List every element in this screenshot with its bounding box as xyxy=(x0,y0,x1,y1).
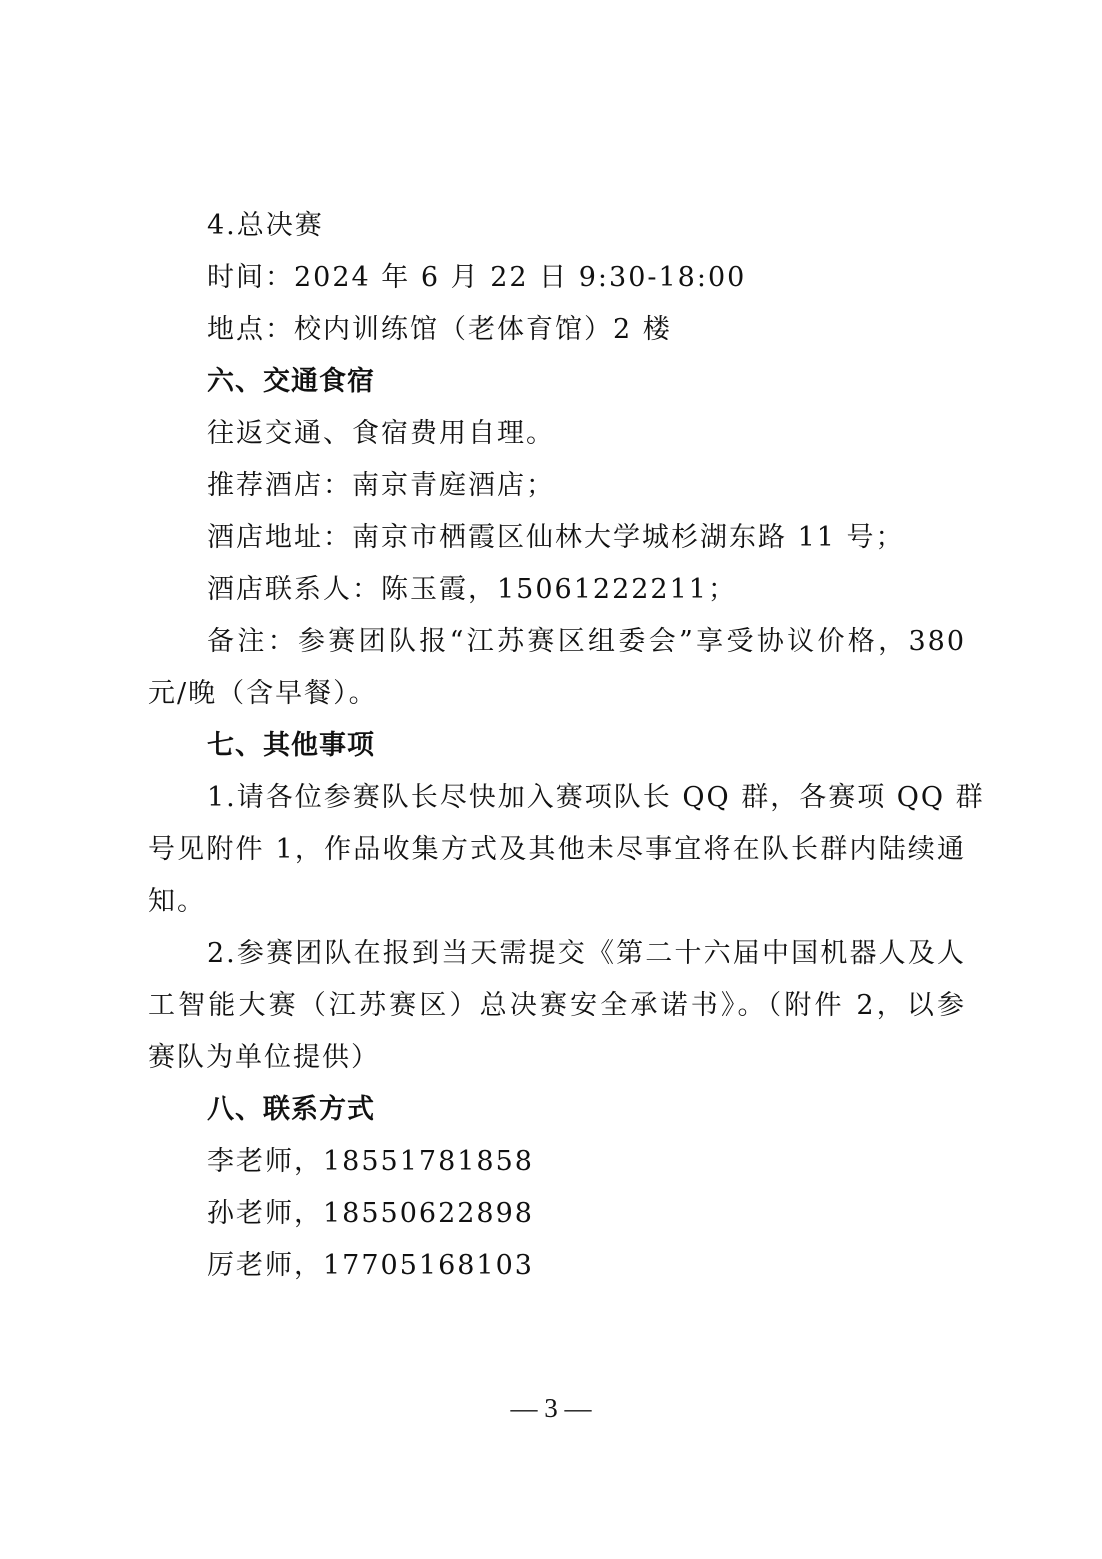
other-item2-line3: 赛队为单位提供） xyxy=(148,1032,966,1084)
subsection-title-finals: 4.总决赛 xyxy=(148,200,966,252)
contact-li2: 厉老师，17705168103 xyxy=(148,1240,966,1292)
other-item1-line3: 知。 xyxy=(148,876,966,928)
section-heading-contact: 八、联系方式 xyxy=(148,1084,966,1136)
finals-location: 地点：校内训练馆（老体育馆）2 楼 xyxy=(148,304,966,356)
page-number: — 3 — xyxy=(0,1393,1102,1424)
hotel-contact: 酒店联系人：陈玉霞，15061222211； xyxy=(148,564,966,616)
other-item1-line1: 1.请各位参赛队长尽快加入赛项队长 QQ 群，各赛项 QQ 群 xyxy=(148,772,966,824)
section-heading-other: 七、其他事项 xyxy=(148,720,966,772)
hotel-note-line2: 元/晚（含早餐）。 xyxy=(148,668,966,720)
hotel-address: 酒店地址：南京市栖霞区仙林大学城杉湖东路 11 号； xyxy=(148,512,966,564)
document-body: 4.总决赛 时间：2024 年 6 月 22 日 9:30-18:00 地点：校… xyxy=(148,200,966,1292)
other-item1-line2: 号见附件 1，作品收集方式及其他未尽事宜将在队长群内陆续通 xyxy=(148,824,966,876)
contact-li: 李老师，18551781858 xyxy=(148,1136,966,1188)
section-heading-transport: 六、交通食宿 xyxy=(148,356,966,408)
finals-time: 时间：2024 年 6 月 22 日 9:30-18:00 xyxy=(148,252,966,304)
other-item2-line1: 2.参赛团队在报到当天需提交《第二十六届中国机器人及人 xyxy=(148,928,966,980)
hotel-note-line1: 备注：参赛团队报“江苏赛区组委会”享受协议价格，380 xyxy=(148,616,966,668)
contact-sun: 孙老师，18550622898 xyxy=(148,1188,966,1240)
transport-line: 往返交通、食宿费用自理。 xyxy=(148,408,966,460)
other-item2-line2: 工智能大赛（江苏赛区）总决赛安全承诺书》。（附件 2，以参 xyxy=(148,980,966,1032)
hotel-recommendation: 推荐酒店：南京青庭酒店； xyxy=(148,460,966,512)
